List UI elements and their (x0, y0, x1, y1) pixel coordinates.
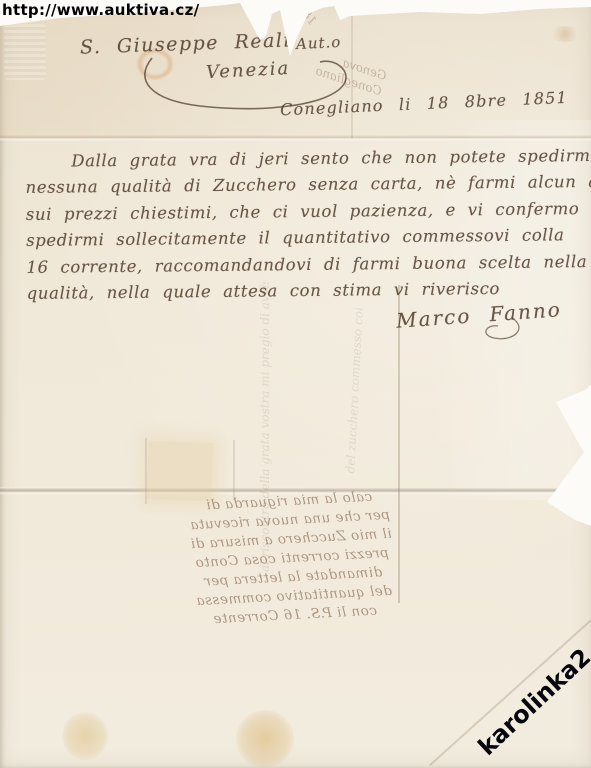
wafer-seal-showthrough-patch (147, 441, 213, 501)
auction-site-url-watermark: http://www.auktiva.cz/ (2, 1, 199, 19)
wax-stain-left (62, 712, 108, 760)
letter-body-handwriting: Dalla grata vra di jeri sento che non po… (25, 143, 585, 307)
scanned-letter-photo: calo la mia riguarda di per che una nuov… (0, 0, 591, 768)
top-right-smudge (550, 26, 580, 42)
vertical-showthrough-text-b: del zucchero commesso colla vostra (343, 308, 366, 474)
letter-paper: calo la mia riguarda di per che una nuov… (0, 0, 591, 768)
wax-stain-center (236, 710, 294, 768)
vertical-showthrough-text-a: al riscontro della grata vostra mi pregi… (258, 282, 272, 572)
recipient-suffix-handwriting: Aut.o (296, 33, 342, 53)
mirrored-showthrough-paragraph: calo la mia riguarda di per che una nuov… (160, 485, 425, 631)
embossed-papermaker-stamp (4, 24, 46, 80)
vertical-crease-left2 (233, 440, 235, 500)
horizontal-fold-crease-top (0, 135, 591, 141)
recipient-city-handwriting: Venezia (206, 58, 291, 83)
